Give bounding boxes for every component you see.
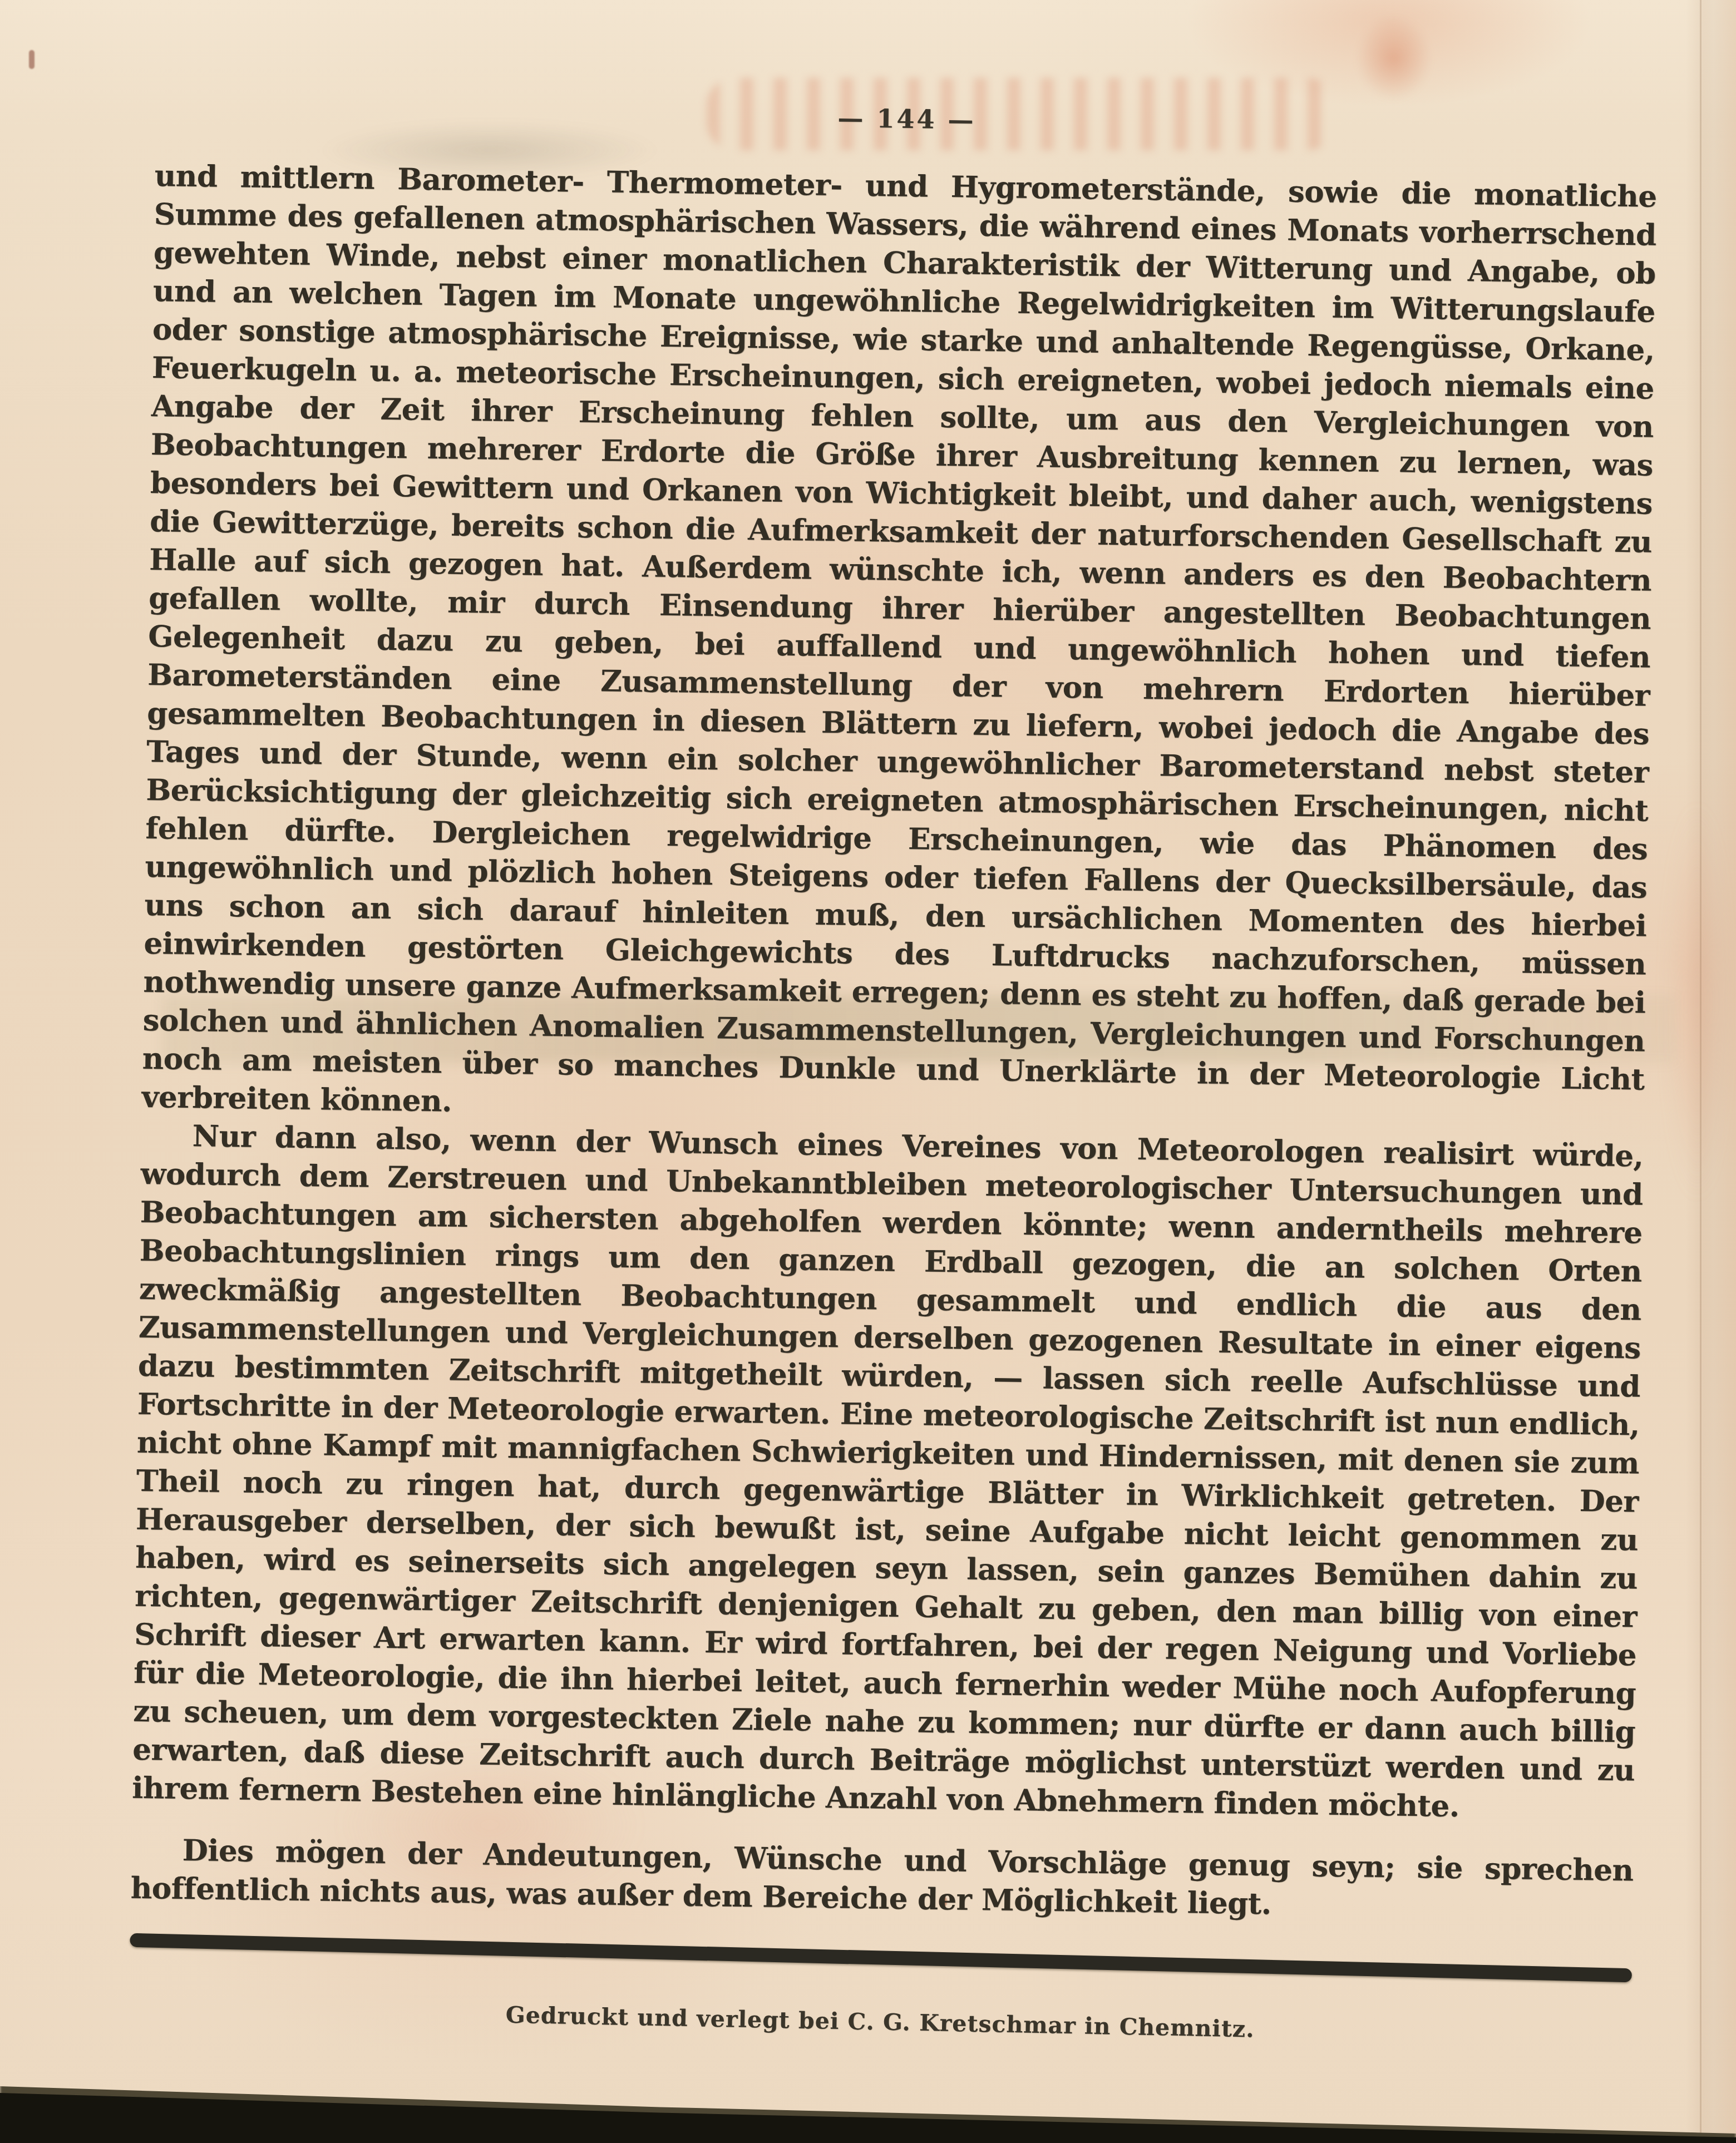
stain-top-right — [1344, 3, 1444, 114]
text-block: — 144 — und mittlern Barometer- Thermome… — [129, 89, 1658, 2046]
stain-speck — [29, 50, 34, 69]
paragraph: und mittlern Barometer- Thermometer- und… — [141, 157, 1657, 1138]
paragraph: Nur dann also, wenn der Wunsch eines Ver… — [132, 1117, 1644, 1829]
page-edge-shading — [1686, 0, 1736, 2143]
paragraph: Dies mögen der Andeutungen, Wünsche und … — [130, 1831, 1634, 1929]
body-text: und mittlern Barometer- Thermometer- und… — [130, 157, 1657, 1928]
scanned-book-page: — 144 — und mittlern Barometer- Thermome… — [0, 0, 1736, 2143]
imprint-line: Gedruckt und verlegt bei C. G. Kretschma… — [129, 1994, 1631, 2050]
separator-rule — [130, 1933, 1632, 1983]
paper: — 144 — und mittlern Barometer- Thermome… — [0, 0, 1736, 2143]
page-number: — 144 — — [155, 89, 1658, 149]
